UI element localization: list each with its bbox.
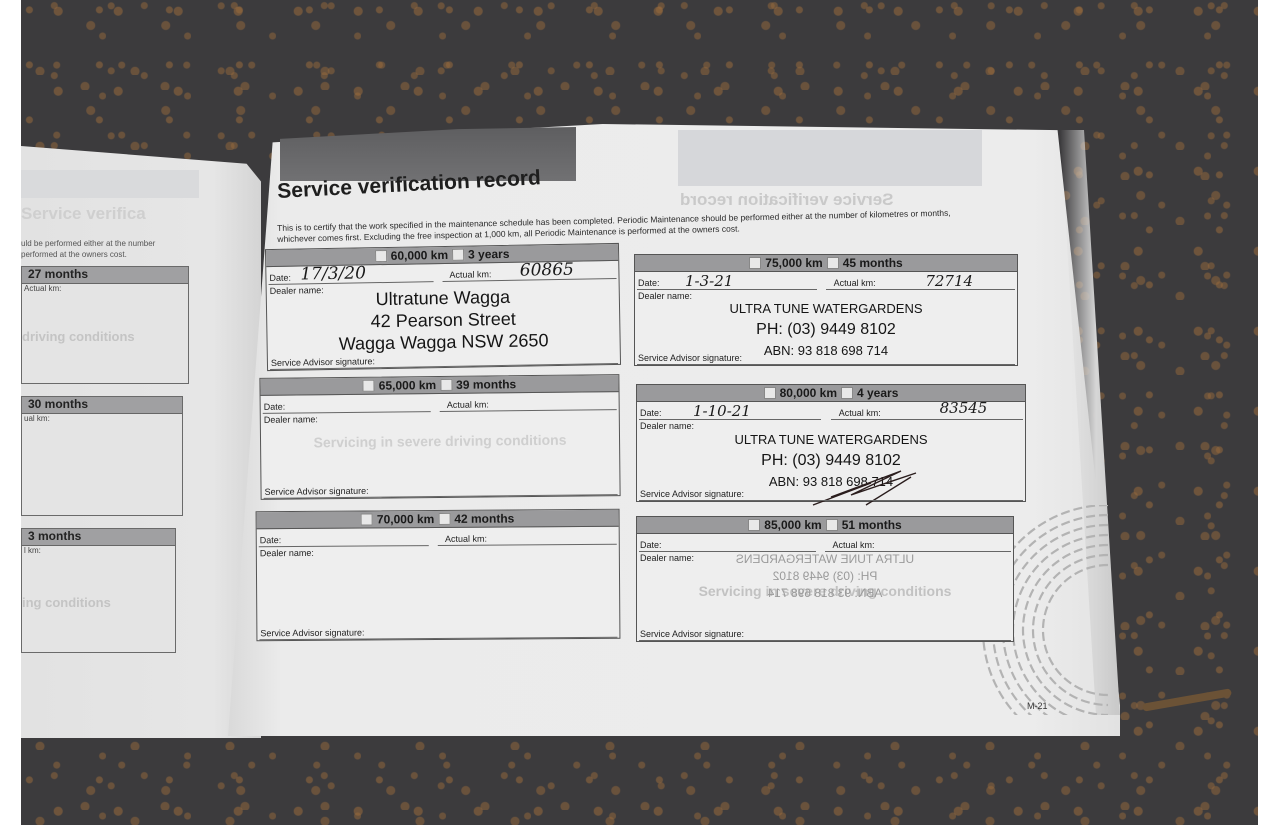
time-checkbox[interactable] [826,519,838,531]
km-checkbox[interactable] [375,250,387,262]
severe-conditions-watermark [257,578,619,581]
km-checkbox[interactable] [749,257,761,269]
dealer-stamp: ULTRA TUNE WATERGARDENS PH: (03) 9449 81… [635,298,1017,361]
date-value[interactable]: 1-10-21 [693,402,751,420]
date-row: Date: 1-3-21 Actual km: 72714 [635,272,1017,290]
left-box-km-label: l km: [24,546,175,555]
km-checkbox[interactable] [748,519,760,531]
km-checkbox[interactable] [361,513,373,525]
left-service-box: 3 months l km: ing conditions [21,528,176,653]
km-checkbox[interactable] [764,387,776,399]
left-box-km-label: Actual km: [24,284,188,293]
date-value[interactable]: 17/3/20 [300,263,366,284]
time-checkbox[interactable] [841,387,853,399]
left-box-header: 27 months [22,267,188,284]
service-box-85000: 85,000 km 51 months Date: Actual km: Dea… [636,516,1014,642]
left-box-watermark: driving conditions [22,329,135,344]
box-header: 75,000 km 45 months [635,255,1017,272]
left-service-box: 30 months ual km: [21,396,183,516]
actual-km-value[interactable]: 83545 [940,399,988,417]
date-row: Date: Actual km: [257,527,619,548]
left-box-header: 3 months [22,529,175,546]
date-value[interactable]: 1-3-21 [685,272,733,290]
dealer-stamp: Ultratune Wagga 42 Pearson Street Wagga … [267,284,620,356]
time-checkbox[interactable] [452,249,464,261]
severe-conditions-watermark: Servicing in severe driving conditions [261,431,619,451]
service-box-75000: 75,000 km 45 months Date: 1-3-21 Actual … [634,254,1018,366]
service-box-80000: 80,000 km 4 years Date: 1-10-21 Actual k… [636,384,1026,502]
actual-km-value[interactable]: 60865 [520,260,574,281]
ghost-header-band [678,130,982,186]
service-box-70000: 70,000 km 42 months Date: Actual km: Dea… [256,509,621,642]
left-box-km-label: ual km: [24,414,182,423]
left-ghost-title: Service verifica [21,204,146,224]
time-checkbox[interactable] [827,257,839,269]
left-intro: uld be performed either at the number pe… [21,238,155,260]
left-service-box: 27 months Actual km: driving conditions [21,266,189,384]
time-checkbox[interactable] [440,379,452,391]
page-number: M-21 [1027,701,1048,711]
ghost-title: Service verification record [680,190,894,210]
signature-icon [811,467,921,507]
left-box-header: 30 months [22,397,182,414]
time-checkbox[interactable] [438,513,450,525]
service-box-60000: 60,000 km 3 years Date: 17/3/20 Actual k… [265,243,621,371]
left-ghost-band [21,170,199,198]
date-row: Date: Actual km: [261,392,619,414]
date-row: Date: 1-10-21 Actual km: 83545 [637,402,1025,420]
show-through-stamp: ULTRA TUNE WATERGARDENS PH: (03) 9449 81… [637,551,1013,602]
actual-km-value[interactable]: 72714 [925,272,973,290]
left-box-watermark: ing conditions [22,595,111,610]
date-row: Date: Actual km: [637,534,1013,552]
box-header: 85,000 km 51 months [637,517,1013,534]
service-box-65000: 65,000 km 39 months Date: Actual km: Dea… [259,374,620,500]
km-checkbox[interactable] [363,380,375,392]
